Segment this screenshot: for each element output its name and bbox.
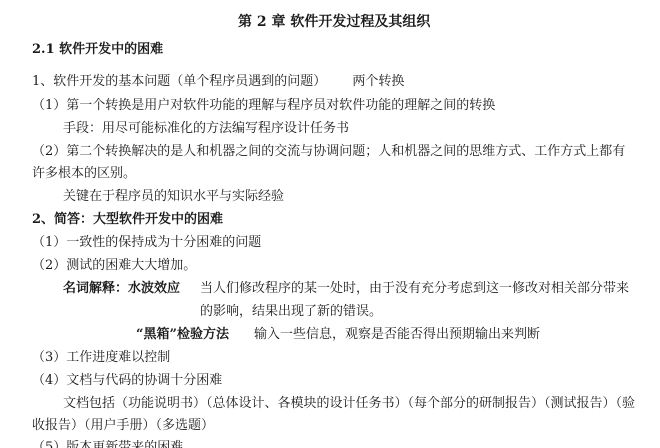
q2-item-1: （1）一致性的保持成为十分困难的问题 xyxy=(32,235,261,251)
question-1-heading-note: 两个转换 xyxy=(352,74,404,89)
q2-item-5: （5）版本更新带来的困难 xyxy=(32,440,183,448)
q2-item-2: （2）测试的困难大大增加。 xyxy=(32,258,196,274)
term-ripple-effect-def-line-1: 当人们修改程序的某一处时，由于没有充分考虑到这一修改对相关部分带来 xyxy=(200,281,629,297)
chapter-title: 第 2 章 软件开发过程及其组织 xyxy=(238,14,430,30)
q1-item-2-line-2: 许多根本的区别。 xyxy=(32,166,136,182)
q1-item-2-key: 关键在于程序员的知识水平与实际经验 xyxy=(63,189,284,205)
docs-list-line-2: 收报告）（用户手册）（多选题） xyxy=(32,418,214,434)
blackbox-test-def: 输入一些信息，观察是否能否得出预期输出来判断 xyxy=(254,327,540,343)
docs-list-line-1: 文档包括（功能说明书）（总体设计、各模块的设计任务书）（每个部分的研制报告）（测… xyxy=(63,396,635,412)
q2-item-4: （4）文档与代码的协调十分困难 xyxy=(32,373,222,389)
section-title: 2.1 软件开发中的困难 xyxy=(32,42,163,58)
q1-item-1-method: 手段：用尽可能标准化的方法编写程序设计任务书 xyxy=(63,121,349,137)
question-1-heading-text: 1、软件开发的基本问题（单个程序员遇到的问题） xyxy=(32,74,326,89)
q1-item-2-line-1: （2）第二个转换解决的是人和机器之间的交流与协调问题；人和机器之间的思维方式、工… xyxy=(32,144,625,160)
question-1-heading: 1、软件开发的基本问题（单个程序员遇到的问题） 两个转换 xyxy=(32,74,404,90)
blackbox-test-label: “黑箱”检验方法 xyxy=(136,327,229,343)
q1-item-1: （1）第一个转换是用户对软件功能的理解与程序员对软件功能的理解之间的转换 xyxy=(32,98,495,114)
question-2-heading: 2、简答：大型软件开发中的困难 xyxy=(32,212,223,228)
q2-item-3: （3）工作进度难以控制 xyxy=(32,350,170,366)
term-ripple-effect-def-line-2: 的影响，结果出现了新的错误。 xyxy=(200,304,382,320)
term-ripple-effect-label: 名词解释：水波效应 xyxy=(63,281,180,297)
